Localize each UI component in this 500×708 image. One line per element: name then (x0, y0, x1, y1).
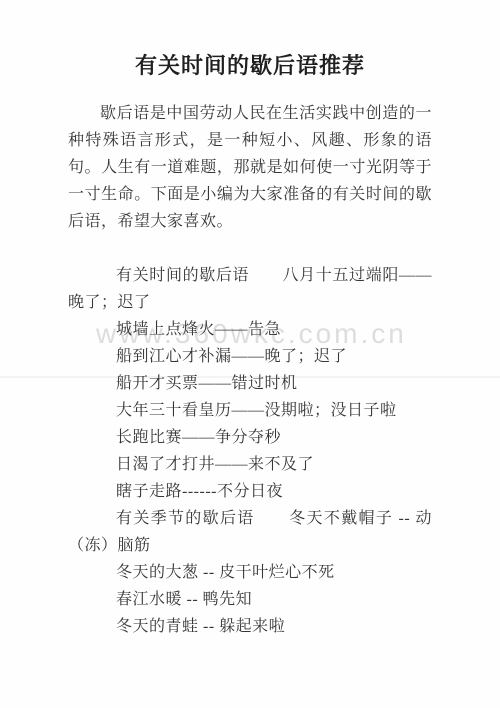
saying-line: 大年三十看皇历——没期啦；没日子啦 (68, 397, 432, 424)
document-page: www.360wkc.com.cn 有关时间的歇后语推荐 歇后语是中国劳动人民在… (0, 0, 500, 708)
saying-line: 春江水暖 -- 鸭先知 (68, 586, 432, 613)
saying-line: 冬天的青蛙 -- 躲起来啦 (68, 613, 432, 640)
saying-line: 日渴了才打井——来不及了 (68, 451, 432, 478)
page-title: 有关时间的歇后语推荐 (68, 50, 432, 82)
saying-line: 有关季节的歇后语 冬天不戴帽子 -- 动（冻）脑筋 (68, 505, 432, 559)
saying-line: 瞎子走路------不分日夜 (68, 478, 432, 505)
saying-line: 船到江心才补漏——晚了；迟了 (68, 343, 432, 370)
sayings-list: 有关时间的歇后语 八月十五过端阳——晚了；迟了 城墙上点烽火——告急 船到江心才… (68, 262, 432, 640)
saying-line: 有关时间的歇后语 八月十五过端阳——晚了；迟了 (68, 262, 432, 316)
saying-line: 船开才买票——错过时机 (68, 370, 432, 397)
saying-line: 长跑比赛——争分夺秒 (68, 424, 432, 451)
intro-paragraph: 歇后语是中国劳动人民在生活实践中创造的一种特殊语言形式，是一种短小、风趣、形象的… (68, 100, 432, 235)
saying-line: 城墙上点烽火——告急 (68, 316, 432, 343)
document-content: 有关时间的歇后语推荐 歇后语是中国劳动人民在生活实践中创造的一种特殊语言形式，是… (0, 0, 500, 640)
saying-line: 冬天的大葱 -- 皮干叶烂心不死 (68, 559, 432, 586)
